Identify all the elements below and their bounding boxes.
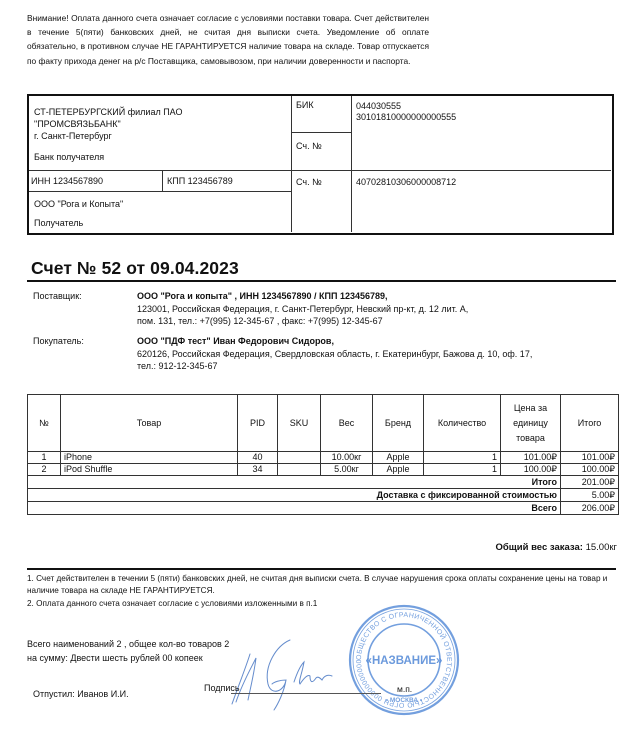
table-row: 1 iPhone 40 10.00кг Apple 1 101.00₽ 101.…: [28, 452, 619, 464]
divider: [29, 191, 291, 192]
cell-brand: Apple: [373, 452, 424, 464]
bank-name-line1: СТ-ПЕТЕРБУРГСКИЙ филиал ПАО: [34, 106, 182, 118]
shipping-row: Доставка с фиксированной стоимостью 5.00…: [28, 489, 619, 502]
divider: [291, 132, 351, 133]
grand-total-row: Всего 206.00₽: [28, 502, 619, 515]
cell-total: 100.00₽: [561, 464, 619, 476]
subtotal-value: 201.00₽: [561, 476, 619, 489]
notes-divider: [27, 568, 616, 570]
divider: [29, 170, 611, 171]
recipient-label: Получатель: [34, 217, 83, 229]
title-divider: [27, 280, 616, 282]
supplier-label: Поставщик:: [33, 291, 82, 301]
cell-num: 2: [28, 464, 61, 476]
payment-warning: Внимание! Оплата данного счета означает …: [27, 11, 429, 68]
col-header-total: Итого: [561, 395, 619, 452]
supplier-name: ООО "Рога и копыта" , ИНН 1234567890 / К…: [137, 290, 607, 303]
supplier-address-line2: пом. 131, тел.: +7(995) 12-345-67 , факс…: [137, 315, 607, 328]
divider: [351, 96, 352, 232]
bank-details-table: СТ-ПЕТЕРБУРГСКИЙ филиал ПАО "ПРОМСВЯЗЬБА…: [27, 94, 614, 235]
cell-unit-price: 100.00₽: [501, 464, 561, 476]
total-weight: Общий вес заказа: 15.00кг: [495, 542, 617, 553]
buyer-name: ООО "ПДФ тест" Иван Федорович Сидоров,: [137, 335, 607, 348]
cell-pid: 34: [238, 464, 278, 476]
col-header-qty: Количество: [424, 395, 501, 452]
notes: 1. Счет действителен в течении 5 (пяти) …: [27, 573, 617, 610]
bik-label: БИК: [296, 99, 314, 111]
col-header-sku: SKU: [278, 395, 321, 452]
corr-account-value: 30101810000000000555: [356, 111, 456, 123]
cell-pid: 40: [238, 452, 278, 464]
cell-sku: [278, 464, 321, 476]
buyer-label: Покупатель:: [33, 336, 84, 346]
summary-items-count: Всего наименований 2 , общее кол-во това…: [27, 638, 229, 652]
cell-brand: Apple: [373, 464, 424, 476]
cell-qty: 1: [424, 452, 501, 464]
order-summary: Всего наименований 2 , общее кол-во това…: [27, 638, 229, 665]
shipping-value: 5.00₽: [561, 489, 619, 502]
divider: [162, 170, 163, 191]
company-stamp-icon: ОБЩЕСТВО С ОГРАНИЧЕННОЙ ОТВЕТСТВЕННОСТЬЮ…: [348, 604, 460, 716]
signature-icon: [228, 632, 348, 712]
released-by: Отпустил: Иванов И.И.: [33, 689, 129, 699]
subtotal-row: Итого 201.00₽: [28, 476, 619, 489]
invoice-title: Счет № 52 от 09.04.2023: [31, 258, 239, 279]
buyer-address-line1: 620126, Российская Федерация, Свердловск…: [137, 348, 607, 361]
supplier-details: ООО "Рога и копыта" , ИНН 1234567890 / К…: [137, 290, 607, 328]
cell-weight: 10.00кг: [321, 452, 373, 464]
col-header-unit-price: Цена за единицу товара: [501, 395, 561, 452]
note-1: 1. Счет действителен в течении 5 (пяти) …: [27, 573, 617, 598]
shipping-label: Доставка с фиксированной стоимостью: [28, 489, 561, 502]
kpp: КПП 123456789: [167, 175, 233, 187]
divider: [291, 96, 292, 232]
grand-total-value: 206.00₽: [561, 502, 619, 515]
note-2: 2. Оплата данного счета означает согласи…: [27, 598, 617, 610]
table-row: 2 iPod Shuffle 34 5.00кг Apple 1 100.00₽…: [28, 464, 619, 476]
signature-label: Подпись: [204, 683, 240, 693]
buyer-address-line2: тел.: 912-12-345-67: [137, 360, 607, 373]
svg-text:• МОСКВА •: • МОСКВА •: [386, 697, 423, 704]
cell-product: iPod Shuffle: [61, 464, 238, 476]
cell-qty: 1: [424, 464, 501, 476]
grand-total-label: Всего: [28, 502, 561, 515]
inn: ИНН 1234567890: [31, 175, 103, 187]
col-header-brand: Бренд: [373, 395, 424, 452]
summary-amount-words: на сумму: Двести шесть рублей 00 копеек: [27, 652, 229, 666]
cell-sku: [278, 452, 321, 464]
col-header-num: №: [28, 395, 61, 452]
cell-product: iPhone: [61, 452, 238, 464]
bank-label: Банк получателя: [34, 151, 104, 163]
signature-line: [231, 693, 381, 694]
account-value: 40702810306000008712: [356, 176, 456, 188]
supplier-address-line1: 123001, Российская Федерация, г. Санкт-П…: [137, 303, 607, 316]
total-weight-value: 15.00кг: [586, 542, 617, 553]
bank-city: г. Санкт-Петербург: [34, 130, 112, 142]
bank-name-line2: "ПРОМСВЯЗЬБАНК": [34, 118, 121, 130]
corr-account-label: Сч. №: [296, 140, 322, 152]
col-header-product: Товар: [61, 395, 238, 452]
svg-text:«НАЗВАНИЕ»: «НАЗВАНИЕ»: [366, 655, 443, 667]
subtotal-label: Итого: [28, 476, 561, 489]
cell-weight: 5.00кг: [321, 464, 373, 476]
total-weight-label: Общий вес заказа:: [495, 542, 582, 553]
table-header-row: № Товар PID SKU Вес Бренд Количество Цен…: [28, 395, 619, 452]
buyer-details: ООО "ПДФ тест" Иван Федорович Сидоров, 6…: [137, 335, 607, 373]
cell-unit-price: 101.00₽: [501, 452, 561, 464]
seal-label: м.п.: [397, 684, 412, 694]
col-header-weight: Вес: [321, 395, 373, 452]
account-label: Сч. №: [296, 176, 322, 188]
col-header-pid: PID: [238, 395, 278, 452]
cell-total: 101.00₽: [561, 452, 619, 464]
cell-num: 1: [28, 452, 61, 464]
items-table: № Товар PID SKU Вес Бренд Количество Цен…: [27, 394, 619, 515]
recipient-name: ООО "Рога и Копыта": [34, 198, 123, 210]
